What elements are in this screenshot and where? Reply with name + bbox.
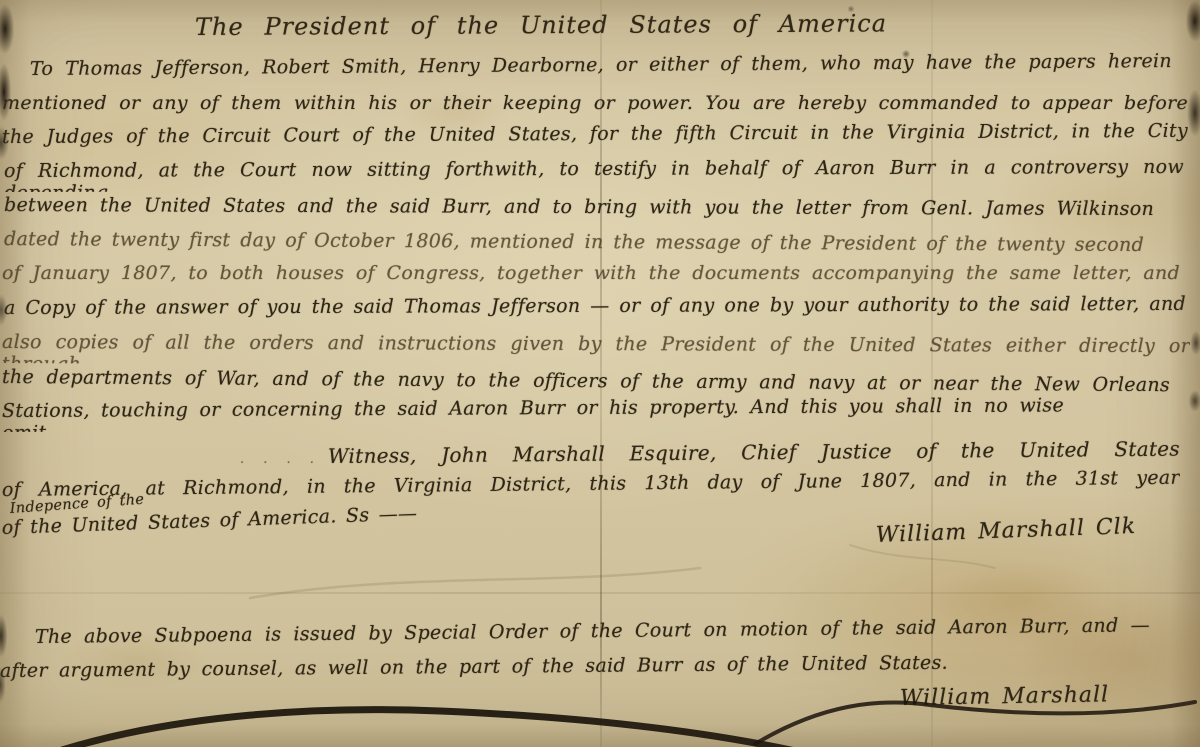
witness-line: of America, at Richmond, in the Virginia… [2, 467, 1180, 511]
document-line: To Thomas Jefferson, Robert Smith, Henry… [30, 50, 1172, 90]
document-page: The President of the United States of Am… [0, 0, 1200, 747]
clerk-signature: William Marshall Clk [875, 514, 1136, 555]
postscript-line: after argument by counsel, as well on th… [0, 652, 948, 692]
ink-blot [0, 606, 10, 666]
document-line: also copies of all the orders and instru… [2, 331, 1190, 367]
ink-blot [1186, 386, 1200, 416]
witness-prefix-dots: . . . . . [240, 452, 320, 470]
postscript-line: The above Subpoena is issued by Special … [35, 614, 1150, 658]
fold-line-horizontal [0, 592, 1200, 594]
document-line: of January 1807, to both houses of Congr… [2, 262, 1180, 294]
ink-blot [1182, 0, 1200, 50]
ink-blot [0, 0, 18, 64]
document-line: a Copy of the answer of you the said Tho… [4, 293, 1186, 329]
document-line: Stations, touching or concerning the sai… [2, 394, 1064, 432]
document-line: the Judges of the Circuit Court of the U… [2, 120, 1188, 158]
document-title: The President of the United States of Am… [195, 9, 887, 45]
document-line: of Richmond, at the Court now sitting fo… [4, 156, 1184, 192]
document-line: between the United States and the said B… [4, 194, 1154, 230]
document-line: mentioned or any of them within his or t… [2, 92, 1188, 124]
document-line: dated the twenty first day of October 18… [4, 228, 1144, 266]
postscript-signature: William Marshall [900, 682, 1110, 718]
